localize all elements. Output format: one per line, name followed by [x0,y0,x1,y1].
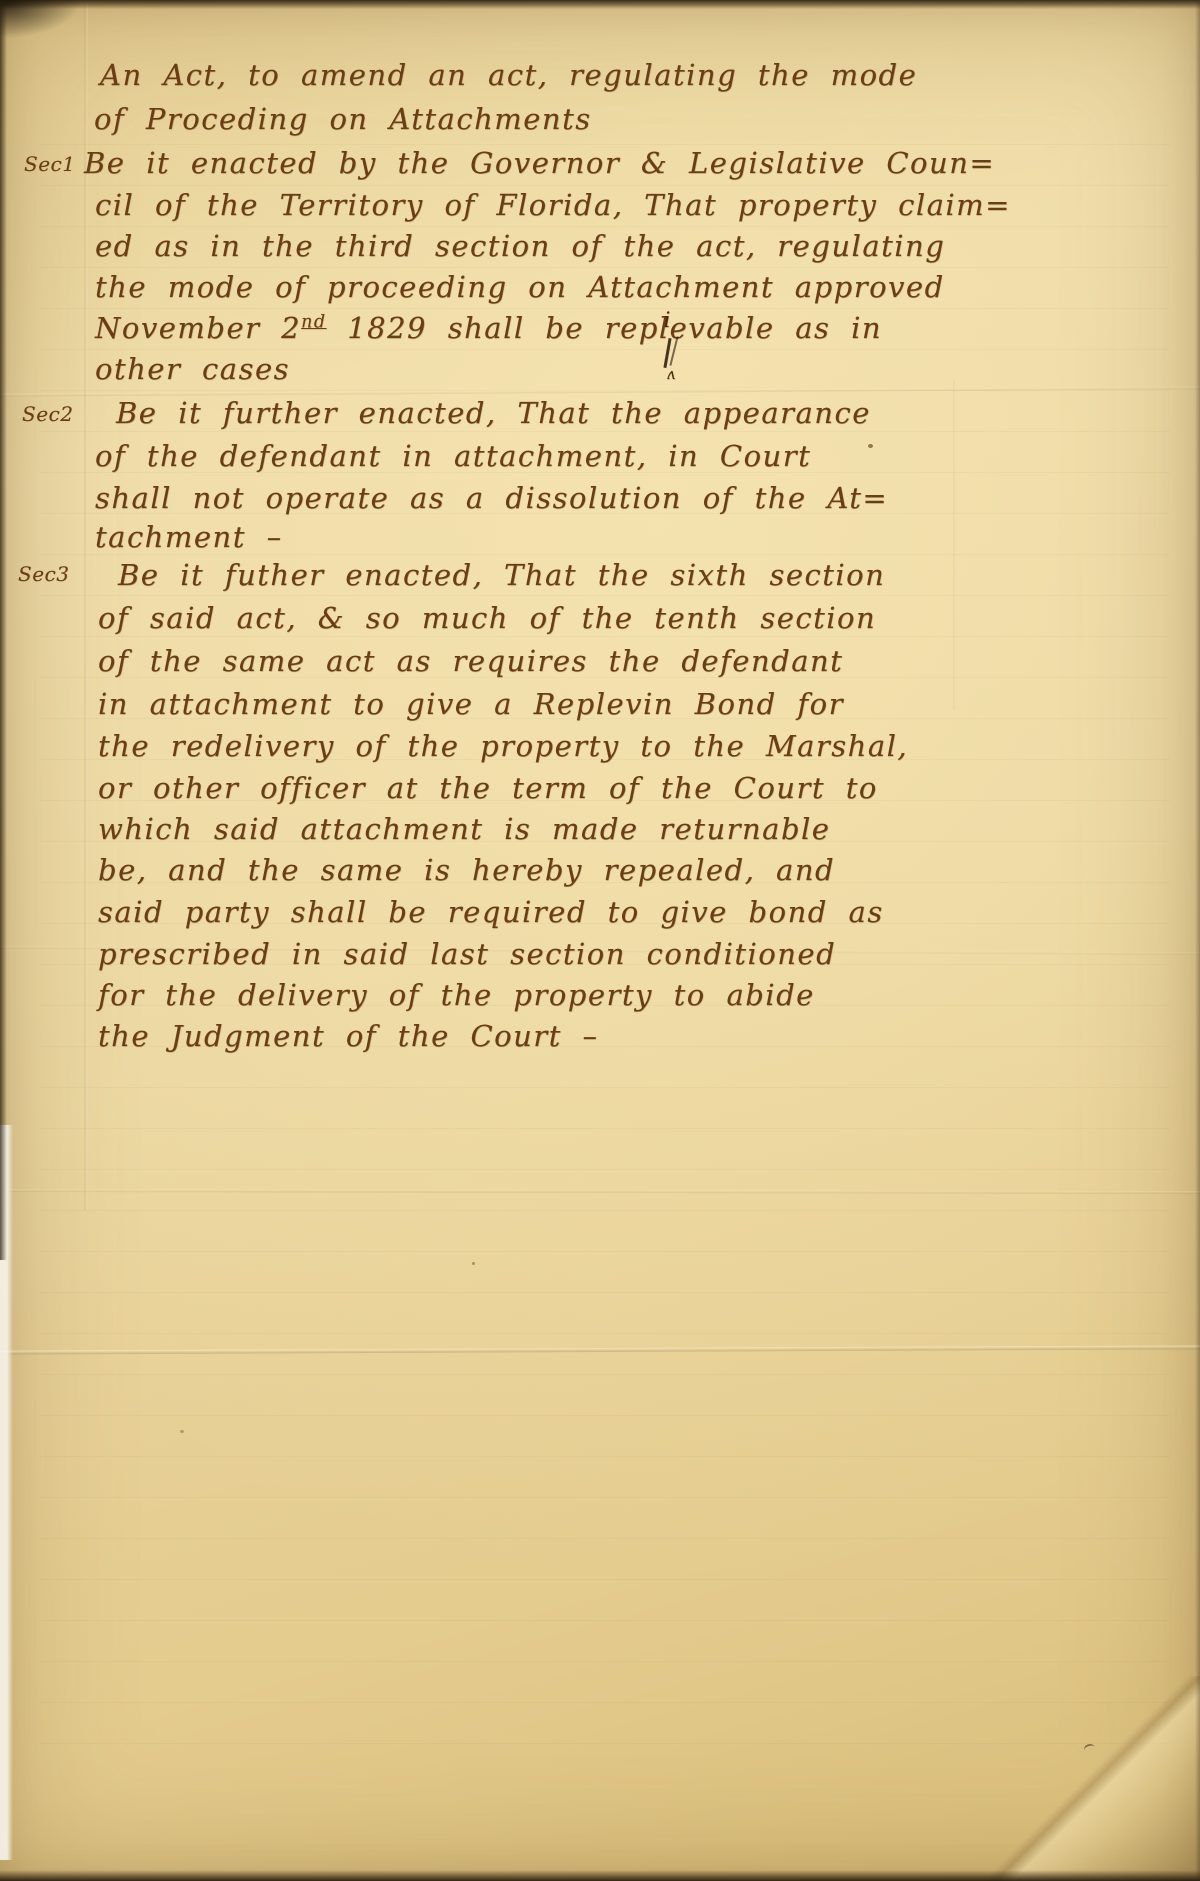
manuscript-page: An Act, to amend an act, regulating the … [0,0,1200,1881]
manuscript-line: which said attachment is made returnable [98,812,830,846]
manuscript-line: Be it futher enacted, That the sixth sec… [118,558,885,592]
manuscript-line-with-insertion: November 2nd 1829 shall be repliʌevable … [95,311,882,345]
vertical-crease [953,380,956,710]
manuscript-line: or other officer at the term of the Cour… [98,771,878,805]
inserted-letter: i [664,308,672,332]
manuscript-line: be, and the same is hereby repealed, and [98,853,835,887]
manuscript-line: prescribed in said last section conditio… [98,937,836,971]
scan-edge-shadow [0,1870,1200,1881]
manuscript-line: tachment – [95,520,283,554]
folded-corner [970,1676,1200,1881]
scan-edge-shadow [1195,0,1200,1881]
line-text: November 2 [95,311,301,345]
section-2-label: Sec2 [22,402,73,426]
manuscript-line: for the delivery of the property to abid… [98,978,815,1012]
manuscript-line: ed as in the third section of the act, r… [95,229,945,263]
line-text: 1829 shall be repl [326,311,669,345]
manuscript-line: of said act, & so much of the tenth sect… [98,601,876,635]
paper-speck [472,1262,475,1265]
superscript-ordinal: nd [301,312,326,332]
paper-speck [180,1430,184,1433]
scan-corner-shadow [0,0,80,38]
manuscript-line: of the defendant in attachment, in Court [95,439,811,473]
section-3-label: Sec3 [18,562,69,586]
manuscript-line: of the same act as requires the defendan… [98,644,843,678]
paper-fold-line [0,1345,1200,1354]
line-text: evable as in [670,311,882,345]
manuscript-line: other cases [95,352,290,386]
manuscript-line: said party shall be required to give bon… [98,895,884,929]
section-1-label: Sec1 [24,152,75,176]
paper-crease [0,1189,1200,1194]
manuscript-line: Be it further enacted, That the appearan… [116,396,871,430]
manuscript-line: the Judgment of the Court – [98,1019,599,1053]
vertical-crease [84,0,88,1210]
act-title-line-2: of Proceding on Attachments [94,102,592,136]
scanned-document: An Act, to amend an act, regulating the … [0,0,1200,1881]
manuscript-line: Be it enacted by the Governor & Legislat… [84,146,995,180]
manuscript-line: cil of the Territory of Florida, That pr… [95,188,1011,222]
manuscript-line: the mode of proceeding on Attachment app… [95,270,945,304]
act-title-line-1: An Act, to amend an act, regulating the … [100,58,917,92]
scan-edge-shadow [0,0,1200,9]
ink-speck [868,444,873,448]
manuscript-line: shall not operate as a dissolution of th… [95,481,888,515]
manuscript-line: in attachment to give a Replevin Bond fo… [98,687,844,721]
manuscript-line: the redelivery of the property to the Ma… [98,729,908,763]
caret-mark: ʌ [667,365,677,383]
scan-edge-shadow [0,0,7,1260]
